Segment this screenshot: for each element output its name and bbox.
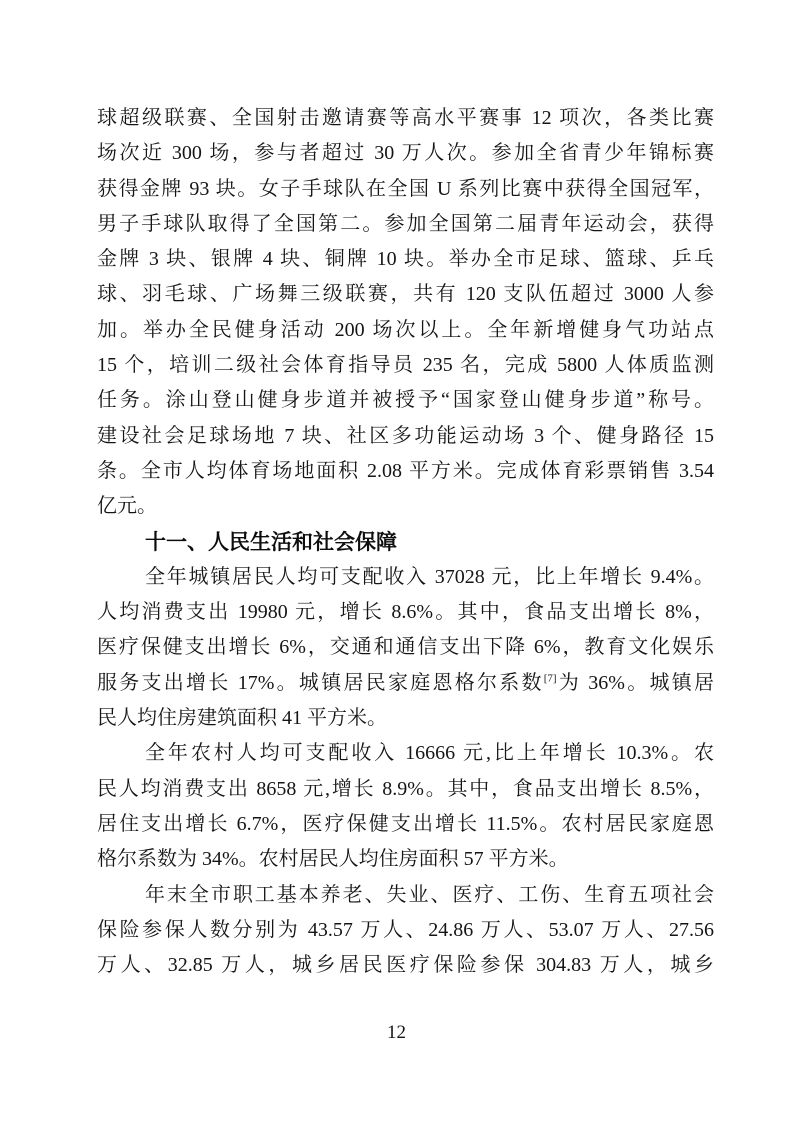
text-segment: 为 36%。城镇居 [557, 672, 714, 694]
text-line: 球超级联赛、全国射击邀请赛等高水平赛事 12 项次，各类比赛 [97, 101, 714, 136]
text-line: 医疗保健支出增长 6%，交通和通信支出下降 6%，教育文化娱乐 [97, 630, 714, 665]
document-page: 球超级联赛、全国射击邀请赛等高水平赛事 12 项次，各类比赛场次近 300 场，… [0, 0, 793, 1122]
text-segment: 服务支出增长 17%。城镇居民家庭恩格尔系数 [97, 672, 544, 694]
text-line: 建设社会足球场地 7 块、社区多功能运动场 3 个、健身路径 15 [97, 419, 714, 454]
text-line: 任务。涂山登山健身步道并被授予“国家登山健身步道”称号。 [97, 383, 714, 418]
text-line: 民人均消费支出 8658 元,增长 8.9%。其中，食品支出增长 8.5%， [97, 772, 714, 807]
section-heading: 十一、人民生活和社会保障 [97, 525, 714, 560]
page-number: 12 [0, 1022, 793, 1044]
text-line: 金牌 3 块、银牌 4 块、铜牌 10 块。举办全市足球、篮球、乒乓 [97, 242, 714, 277]
document-body: 球超级联赛、全国射击邀请赛等高水平赛事 12 项次，各类比赛场次近 300 场，… [97, 101, 714, 983]
text-line: 场次近 300 场，参与者超过 30 万人次。参加全省青少年锦标赛 [97, 136, 714, 171]
text-line: 民人均住房建筑面积 41 平方米。 [97, 701, 714, 736]
text-line: 加。举办全民健身活动 200 场次以上。全年新增健身气功站点 [97, 313, 714, 348]
text-line: 服务支出增长 17%。城镇居民家庭恩格尔系数[7]为 36%。城镇居 [97, 666, 714, 701]
text-line: 保险参保人数分别为 43.57 万人、24.86 万人、53.07 万人、27.… [97, 913, 714, 948]
text-line: 15 个，培训二级社会体育指导员 235 名，完成 5800 人体质监测 [97, 348, 714, 383]
text-line: 亿元。 [97, 489, 714, 524]
text-line: 全年农村人均可支配收入 16666 元,比上年增长 10.3%。农 [97, 736, 714, 771]
text-line: 球、羽毛球、广场舞三级联赛，共有 120 支队伍超过 3000 人参 [97, 277, 714, 312]
footnote-reference: [7] [544, 672, 557, 684]
text-line: 男子手球队取得了全国第二。参加全国第二届青年运动会，获得 [97, 207, 714, 242]
text-line: 条。全市人均体育场地面积 2.08 平方米。完成体育彩票销售 3.54 [97, 454, 714, 489]
text-line: 人均消费支出 19980 元，增长 8.6%。其中，食品支出增长 8%， [97, 595, 714, 630]
text-line: 年末全市职工基本养老、失业、医疗、工伤、生育五项社会 [97, 878, 714, 913]
text-line: 居住支出增长 6.7%，医疗保健支出增长 11.5%。农村居民家庭恩 [97, 807, 714, 842]
text-line: 格尔系数为 34%。农村居民人均住房面积 57 平方米。 [97, 842, 714, 877]
text-line: 全年城镇居民人均可支配收入 37028 元，比上年增长 9.4%。 [97, 560, 714, 595]
text-line: 万人、32.85 万人，城乡居民医疗保险参保 304.83 万人，城乡 [97, 948, 714, 983]
text-line: 获得金牌 93 块。女子手球队在全国 U 系列比赛中获得全国冠军， [97, 172, 714, 207]
